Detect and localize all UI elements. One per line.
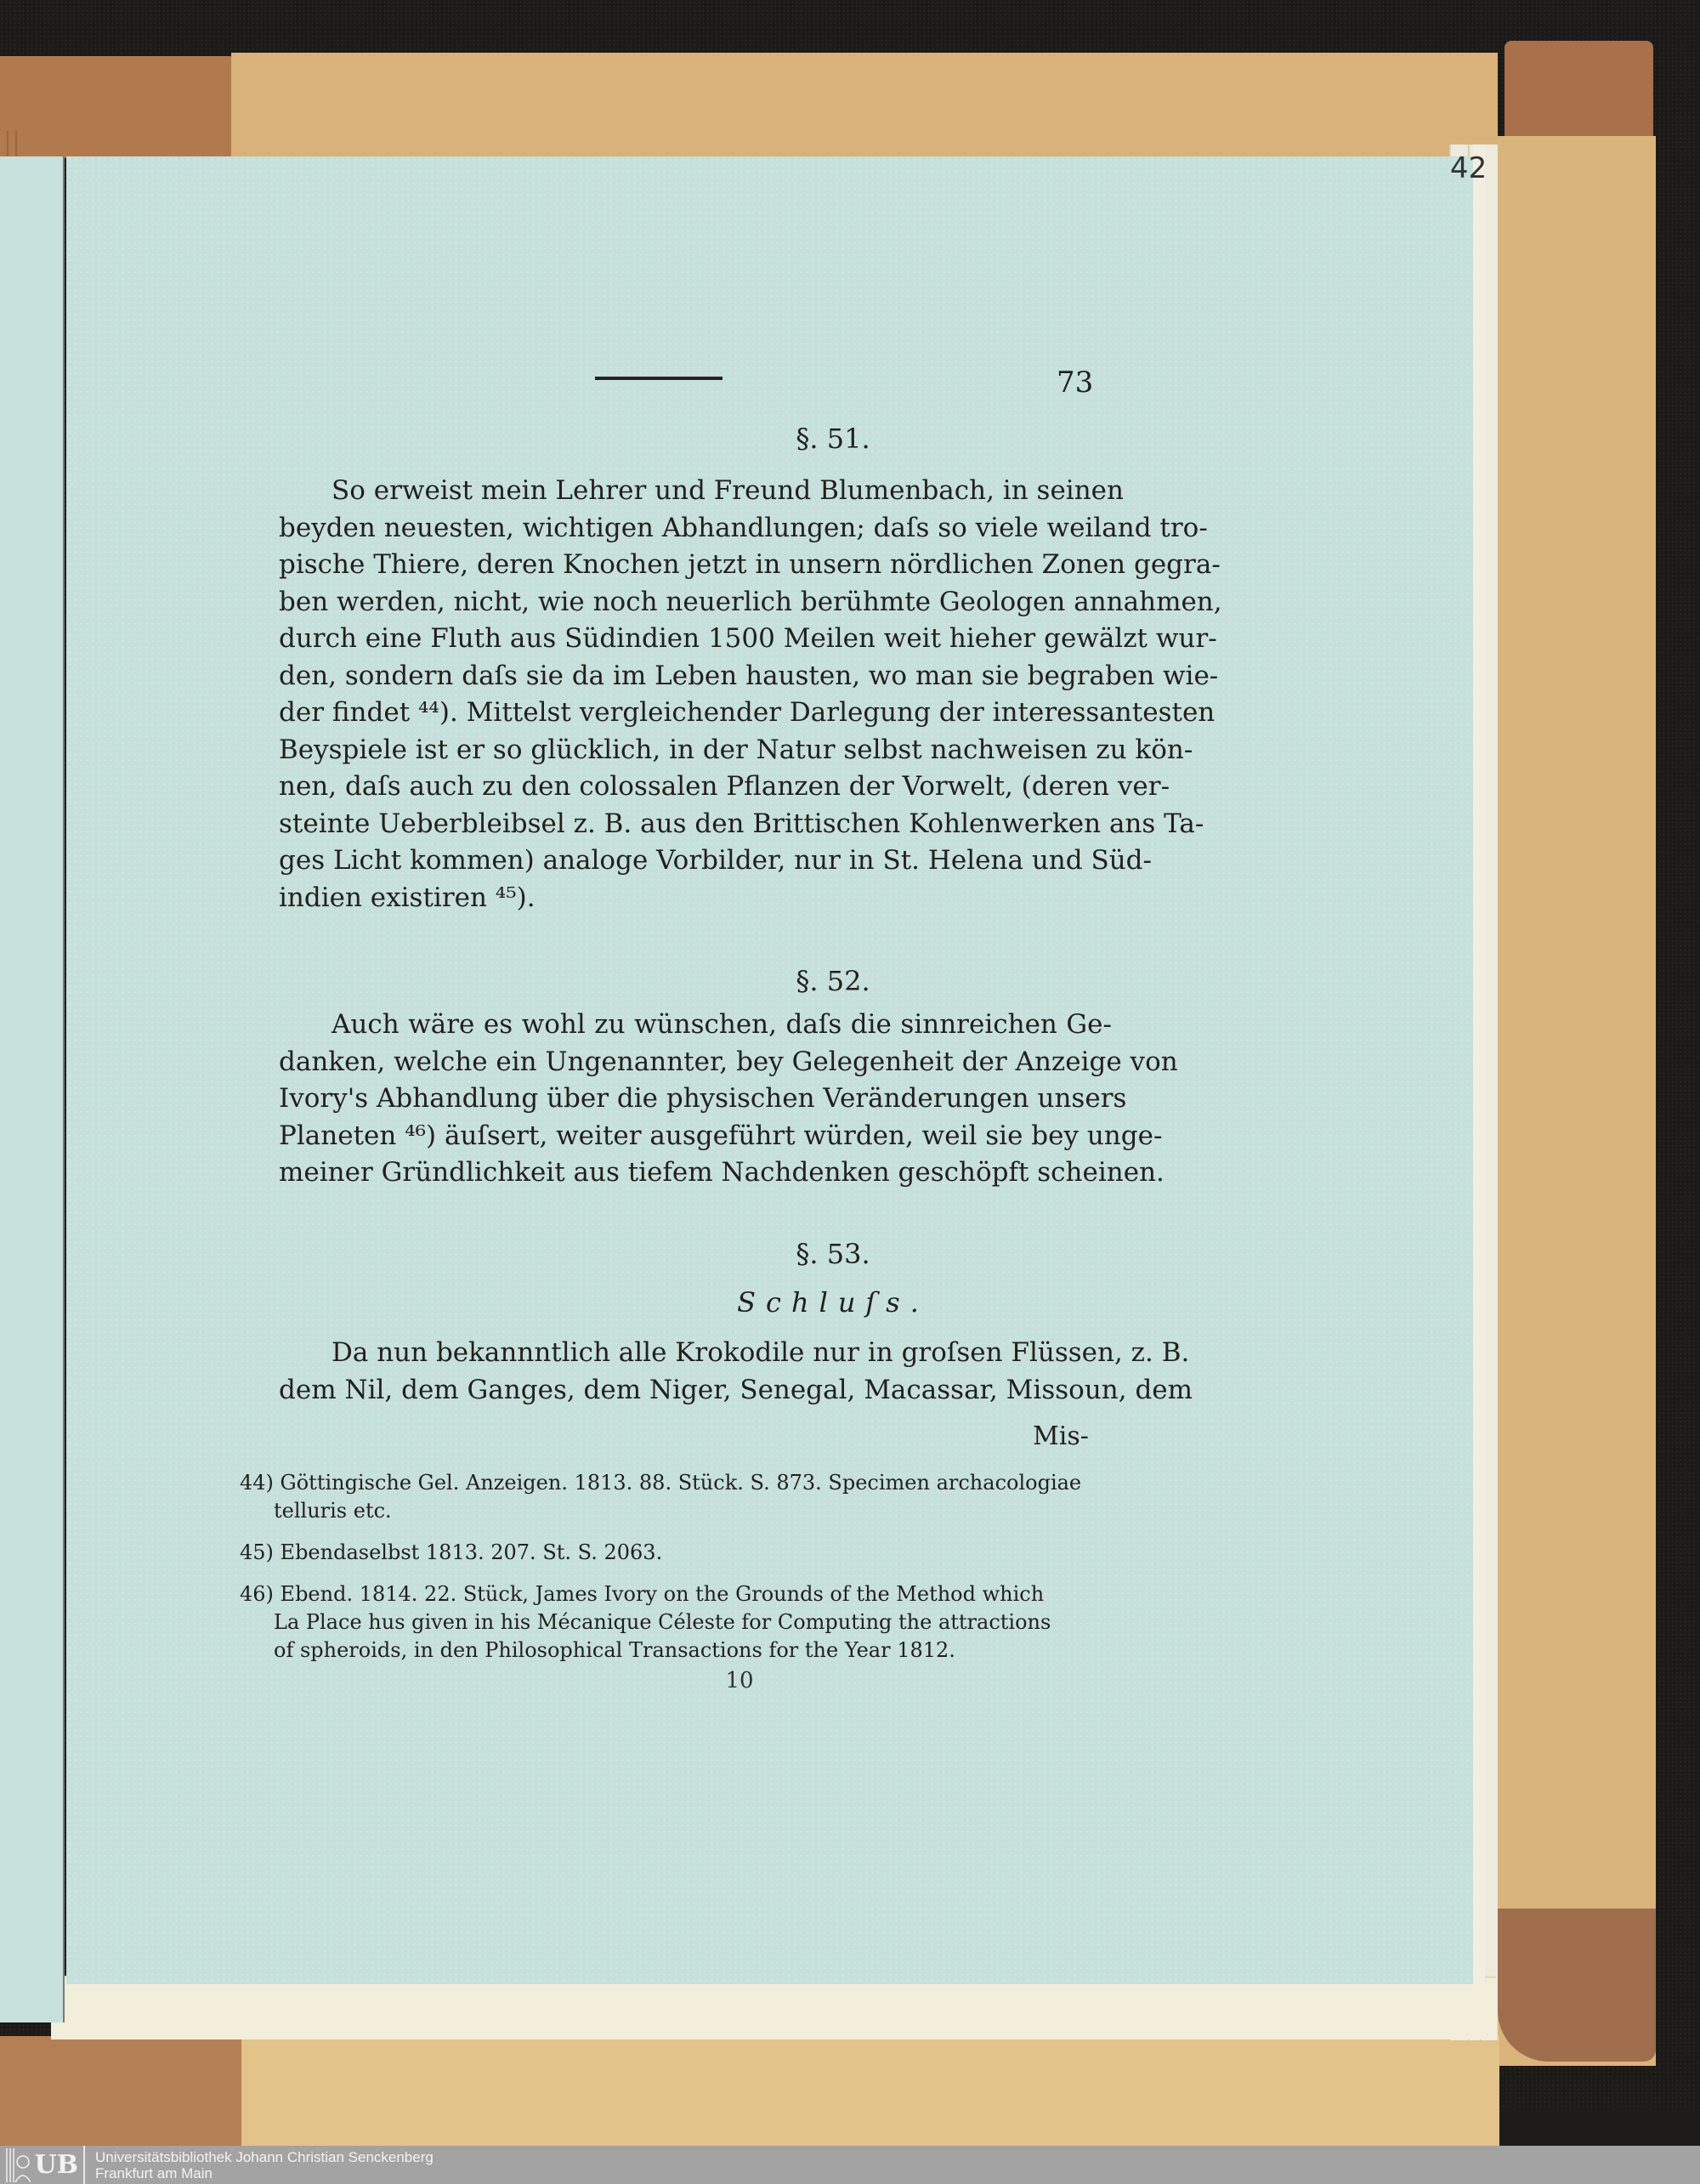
text-line: danken, welche ein Ungenannter, bey Gele… [279, 1044, 1112, 1081]
footnote-continuation: telluris etc. [240, 1497, 1124, 1525]
text-line: beyden neuesten, wichtigen Abhandlungen;… [279, 510, 1112, 547]
text-line: der findet ⁴⁴). Mittelst vergleichender … [279, 695, 1112, 732]
section-53-body: Da nun bekannntlich alle Krokodile nur i… [279, 1335, 1112, 1409]
footnote-text: Ebend. 1814. 22. Stück, James Ivory on t… [280, 1582, 1045, 1606]
text-line: Da nun bekannntlich alle Krokodile nur i… [279, 1335, 1112, 1372]
footnote-46: 46) Ebend. 1814. 22. Stück, James Ivory … [240, 1580, 1124, 1665]
cover-board-bottom [241, 2036, 1499, 2164]
library-footer-banner: UB Universitätsbibliothek Johann Christi… [0, 2146, 1700, 2184]
text-line: So erweist mein Lehrer und Freund Blumen… [279, 473, 1112, 510]
footnote-text: Göttingische Gel. Anzeigen. 1813. 88. St… [280, 1471, 1082, 1495]
text-line: pische Thiere, deren Knochen jetzt in un… [279, 547, 1112, 584]
section-heading-51: §. 51. [0, 423, 1666, 455]
text-line: durch eine Fluth aus Südindien 1500 Meil… [279, 621, 1112, 658]
library-logo: UB [0, 2146, 85, 2184]
text-line: nen, daſs auch zu den colossalen Pflanze… [279, 769, 1112, 806]
footnote-number: 45) [240, 1540, 274, 1564]
text-line: indien existiren ⁴⁵). [279, 880, 1112, 917]
portrait-icon [5, 2148, 31, 2182]
catchword: Mis- [1033, 1421, 1089, 1451]
institution-title: Universitätsbibliothek Johann Christian … [95, 2149, 433, 2165]
leather-corner-bottom [1498, 1909, 1656, 2062]
footnote-continuation: of spheroids, in den Philosophical Trans… [240, 1637, 1124, 1665]
logo-text: UB [34, 2150, 78, 2180]
section-51-body: So erweist mein Lehrer und Freund Blumen… [279, 473, 1112, 916]
cover-board-top [231, 53, 1498, 158]
subheading-schluss: Schluſs. [0, 1286, 1666, 1319]
page-deckle-edge [1473, 145, 1485, 1985]
page-stack-bottom [51, 1976, 1496, 2039]
section-heading-52: §. 52. [0, 965, 1666, 997]
text-line: dem Nil, dem Ganges, dem Niger, Senegal,… [279, 1372, 1112, 1410]
footnote-number: 44) [240, 1471, 274, 1495]
section-52-body: Auch wäre es wohl zu wünschen, daſs die … [279, 1007, 1112, 1192]
text-line: ges Licht kommen) analoge Vorbilder, nur… [279, 842, 1112, 880]
text-line: steinte Ueberbleibsel z. B. aus den Brit… [279, 806, 1112, 843]
footnote-continuation: La Place hus given in his Mécanique Céle… [240, 1608, 1124, 1637]
archive-folio-number: 42 [1450, 151, 1487, 185]
institution-name: Universitätsbibliothek Johann Christian … [85, 2149, 433, 2181]
footnote-45: 45) Ebendaselbst 1813. 207. St. S. 2063. [240, 1539, 1124, 1567]
footnote-text: Ebendaselbst 1813. 207. St. S. 2063. [280, 1540, 663, 1564]
text-line: Auch wäre es wohl zu wünschen, daſs die … [279, 1007, 1112, 1044]
text-line: ben werden, nicht, wie noch neuerlich be… [279, 584, 1112, 621]
leather-spine-bottom [0, 2036, 241, 2155]
footnotes: 44) Göttingische Gel. Anzeigen. 1813. 88… [240, 1469, 1124, 1678]
header-rule [595, 377, 722, 380]
footnote-44: 44) Göttingische Gel. Anzeigen. 1813. 88… [240, 1469, 1124, 1525]
text-line: den, sondern daſs sie da im Leben hauste… [279, 658, 1112, 695]
page-number: 73 [1057, 366, 1093, 400]
signature-mark: 10 [0, 1668, 1479, 1693]
text-line: Planeten ⁴⁶) äuſsert, weiter ausgeführt … [279, 1118, 1112, 1155]
section-heading-53: §. 53. [0, 1238, 1666, 1270]
footnote-number: 46) [240, 1582, 274, 1606]
institution-city: Frankfurt am Main [95, 2165, 433, 2181]
leather-spine-top [0, 56, 235, 158]
text-line: Beyspiele ist er so glücklich, in der Na… [279, 732, 1112, 769]
text-line: Ivory's Abhandlung über die physischen V… [279, 1081, 1112, 1118]
text-line: meiner Gründlichkeit aus tiefem Nachdenk… [279, 1154, 1112, 1192]
